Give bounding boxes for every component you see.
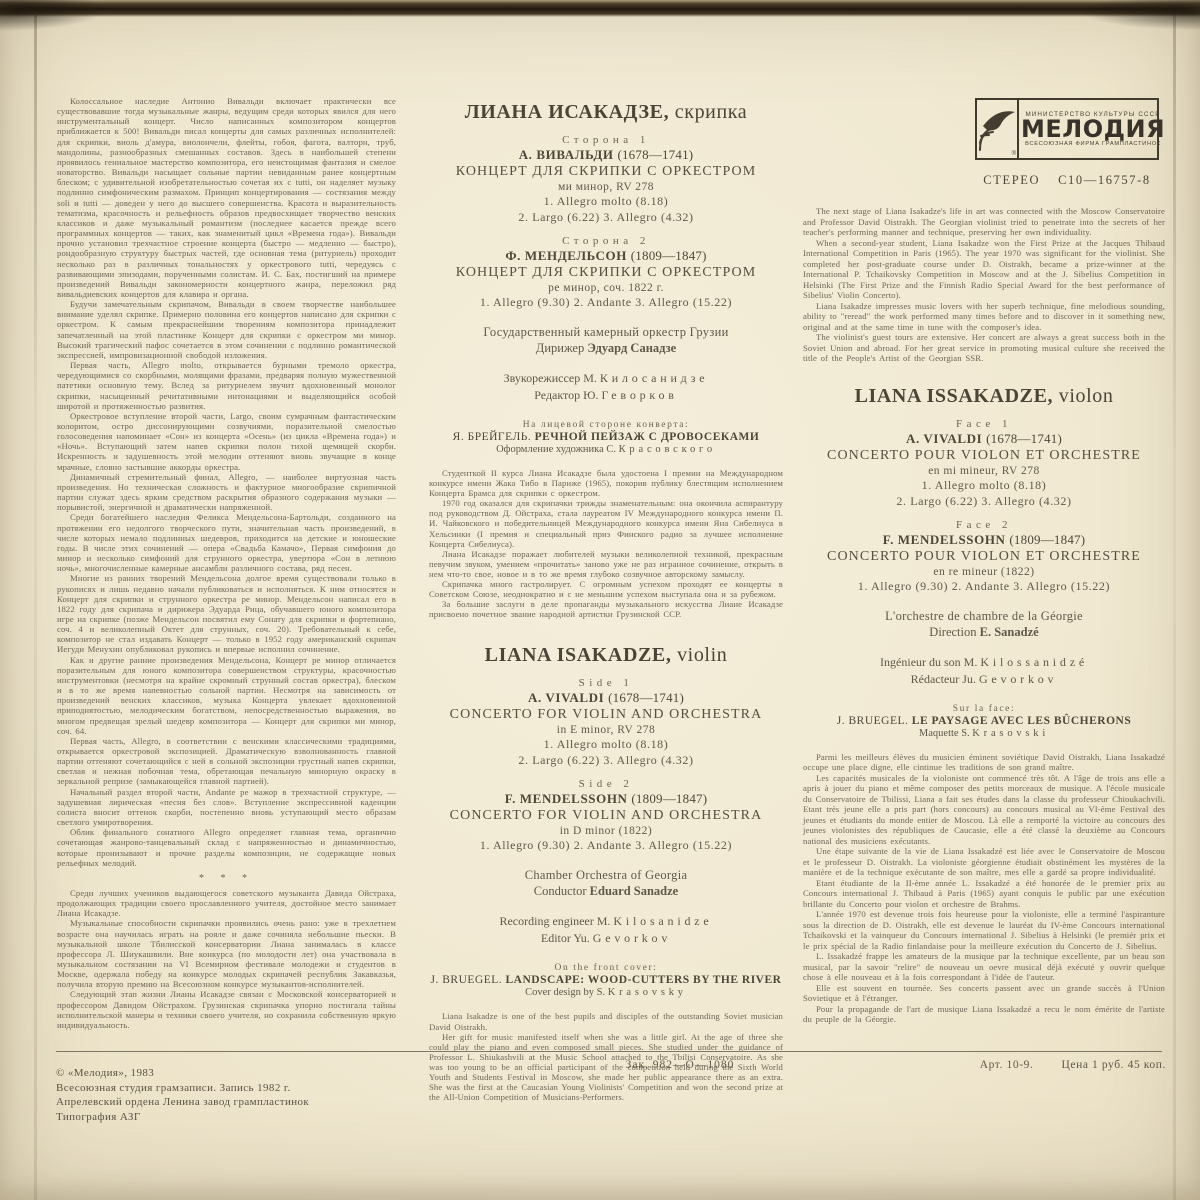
copyright-line: © «Мелодия», 1983 xyxy=(56,1066,309,1081)
artist-name: LIANA ISSAKADZE, xyxy=(855,385,1054,407)
credit-label: Rédacteur Ju. xyxy=(911,672,976,686)
cover-painting-title: РЕЧНОЙ ПЕЙЗАЖ С ДРОВОСЕКАМИ xyxy=(535,431,760,443)
cover-note: Я. БРЕЙГЕЛЬ. РЕЧНОЙ ПЕЙЗАЖ С ДРОВОСЕКАМИ xyxy=(429,431,783,443)
firm-line: ВСЕСОЮЗНАЯ ФИРМА ГРАМПЛАСТИНОК xyxy=(1025,141,1161,147)
conductor-name: E. Sanadzé xyxy=(980,625,1039,639)
credit-name: Красовского xyxy=(619,444,716,455)
credit-name: Геворков xyxy=(601,388,677,402)
bio-paragraph: Музыкальные способности скрипачки прояви… xyxy=(57,918,396,989)
credit-name: Kilossanidzé xyxy=(980,655,1088,669)
artist-instrument: скрипка xyxy=(675,101,748,123)
bio-paragraph: Parmi les meilleurs élèves du musicien é… xyxy=(803,752,1165,773)
credit-label: Оформление художника С. xyxy=(496,444,616,455)
orchestra-line: Государственный камерный оркестр Грузии xyxy=(429,325,783,340)
cover-note-label: На лицевой стороне конверта: xyxy=(429,420,783,430)
cover-note: J. BRUEGEL. LE PAYSAGE AVEC LES BÛCHERON… xyxy=(803,715,1165,727)
side2-label-fr: Face 2 xyxy=(803,519,1165,531)
bio-paragraph: Следующий этап жизни Лианы Исакадзе связ… xyxy=(57,989,396,1030)
movements-line: 2. Largo (6.22) 3. Allegro (4.32) xyxy=(803,494,1165,509)
studio-line: Всесоюзная студия грамзаписи. Запись 198… xyxy=(56,1081,309,1096)
bio-french: Parmi les meilleurs élèves du musicien é… xyxy=(803,752,1165,1025)
conductor-name: Эдуард Санадзе xyxy=(587,341,676,355)
work-title: CONCERTO FOR VIOLIN AND ORCHESTRA xyxy=(429,808,783,824)
work-title: CONCERTO POUR VIOLON ET ORCHESTRE xyxy=(803,549,1165,565)
movements-line: 1. Allegro (9.30) 2. Andante 3. Allegro … xyxy=(803,579,1165,594)
composer-years: (1809—1847) xyxy=(631,791,707,806)
liner-paragraph: Облик финального сонатного Allegro опред… xyxy=(57,827,396,868)
section-separator: * * * xyxy=(57,873,396,884)
design-credit: Maquette S. Krasovski xyxy=(803,728,1165,739)
liner-paragraph: Оркестровое вступление второй части, Lar… xyxy=(57,411,396,472)
bio-paragraph: Une étape suivante de la vie de Liana Is… xyxy=(803,846,1165,878)
footer-divider xyxy=(56,1051,1162,1052)
composer-line: A. VIVALDI (1678—1741) xyxy=(429,690,783,706)
movements-line: 2. Largo (6.22) 3. Allegro (4.32) xyxy=(429,753,783,768)
liner-notes-russian: Колоссальное наследие Антонио Вивальди в… xyxy=(57,96,396,1030)
art-number: Арт. 10-9. xyxy=(980,1059,1034,1071)
movements-line: 1. Allegro molto (8.18) xyxy=(803,478,1165,493)
side1-label-ru: Сторона 1 xyxy=(429,134,783,146)
work-key: en re mineur (1822) xyxy=(803,566,1165,578)
artist-title-russian: ЛИАНА ИСАКАДЗЕ, скрипка xyxy=(429,100,783,124)
credit-name: Krasovsky xyxy=(608,987,687,998)
work-title: CONCERTO POUR VIOLON ET ORCHESTRE xyxy=(803,448,1165,464)
cover-note: J. BRUEGEL. LANDSCAPE: WOOD-CUTTERS BY T… xyxy=(429,974,783,986)
design-credit: Cover design by S. Krasovsky xyxy=(429,987,783,998)
bio-paragraph: Les capacités musicales de la violoniste… xyxy=(803,773,1165,847)
credit-label: Ingénieur du son M. xyxy=(880,655,977,669)
movements-line: 1. Allegro molto (8.18) xyxy=(429,194,783,209)
label-text: МИНИСТЕРСТВО КУЛЬТУРЫ СССР МЕЛОДИЯ ВСЕСО… xyxy=(1019,100,1167,158)
composer-name: Ф. МЕНДЕЛЬСОН xyxy=(505,248,627,263)
bio-english-center: Liana Isakadze is one of the best pupils… xyxy=(429,1011,783,1102)
bio-paragraph: Студенткой II курса Лиана Исакадзе была … xyxy=(429,468,783,498)
orchestra-line: L'orchestre de chambre de la Géorgie xyxy=(803,609,1165,624)
melodiya-emblem-icon: ® xyxy=(977,100,1019,158)
side2-label-ru: Сторона 2 xyxy=(429,235,783,247)
credit-label: Редактор Ю. xyxy=(534,388,598,402)
credit-label: Editor Yu. xyxy=(541,931,590,945)
composer-line: F. MENDELSSOHN (1809—1847) xyxy=(803,532,1165,548)
bio-english-right: The next stage of Liana Isakadze's life … xyxy=(803,206,1165,364)
side1-label-fr: Face 1 xyxy=(803,418,1165,430)
movements-line: 1. Allegro (9.30) 2. Andante 3. Allegro … xyxy=(429,838,783,853)
bio-paragraph: Лиана Исакадзе поражает любителей музыки… xyxy=(429,549,783,579)
artist-name: ЛИАНА ИСАКАДЗЕ, xyxy=(465,101,669,123)
credit-name: Krasovski xyxy=(972,728,1049,739)
composer-name: F. MENDELSSOHN xyxy=(505,791,628,806)
order-number: Зак. 982—О—1080 xyxy=(555,1059,805,1071)
bio-paragraph: When a second-year student, Liana Isakad… xyxy=(803,238,1165,301)
composer-line: А. ВИВАЛЬДИ (1678—1741) xyxy=(429,147,783,163)
side1-label-en: Side 1 xyxy=(429,677,783,689)
art-price-line: Арт. 10-9. Цена 1 руб. 45 коп. xyxy=(900,1059,1166,1071)
composer-years: (1809—1847) xyxy=(1009,532,1085,547)
melodiya-logo: ® МИНИСТЕРСТВО КУЛЬТУРЫ СССР МЕЛОДИЯ ВСЕ… xyxy=(975,98,1159,160)
credit-label: Maquette S. xyxy=(919,728,970,739)
conductor-line: Direction E. Sanadzé xyxy=(803,625,1165,640)
record-back-cover: Колоссальное наследие Антонио Вивальди в… xyxy=(0,0,1200,1200)
work-title: КОНЦЕРТ ДЛЯ СКРИПКИ С ОРКЕСТРОМ xyxy=(429,164,783,180)
cover-artist: J. BRUEGEL. xyxy=(837,715,909,727)
bio-paragraph: Elle est souvent en tournée. Ses concert… xyxy=(803,983,1165,1004)
conductor-label: Conductor xyxy=(534,884,587,898)
credit-name: Gevorkov xyxy=(979,672,1057,686)
sleeve-right-crease xyxy=(1173,0,1176,1200)
bio-paragraph: The next stage of Liana Isakadze's life … xyxy=(803,206,1165,238)
side2-label-en: Side 2 xyxy=(429,778,783,790)
work-key: ми минор, RV 278 xyxy=(429,181,783,193)
editor-credit: Rédacteur Ju. Gevorkov xyxy=(803,672,1165,687)
bio-paragraph: L. Issakadzé frappe les amateurs de la m… xyxy=(803,951,1165,983)
printer-line: Типография АЗГ xyxy=(56,1110,309,1125)
credit-label: Звукорежиссер М. xyxy=(504,371,597,385)
conductor-label: Direction xyxy=(929,625,976,639)
engineer-credit: Звукорежиссер М. Килосанидзе xyxy=(429,371,783,386)
bio-paragraph: Etant étudiante de la II-ème année L. Is… xyxy=(803,878,1165,910)
liner-paragraph: Среди богатейшего наследия Феликса Менде… xyxy=(57,512,396,573)
work-title: CONCERTO FOR VIOLIN AND ORCHESTRA xyxy=(429,707,783,723)
work-key: ре минор, соч. 1822 г. xyxy=(429,282,783,294)
composer-line: Ф. МЕНДЕЛЬСОН (1809—1847) xyxy=(429,248,783,264)
credit-label: Recording engineer M. xyxy=(499,914,610,928)
composer-name: А. ВИВАЛЬДИ xyxy=(519,147,614,162)
movements-line: 1. Allegro (9.30) 2. Andante 3. Allegro … xyxy=(429,295,783,310)
artist-instrument: violin xyxy=(677,644,727,666)
liner-paragraph: Колоссальное наследие Антонио Вивальди в… xyxy=(57,96,396,299)
bio-paragraph: Среди лучших учеников выдающегося советс… xyxy=(57,888,396,918)
artist-name: LIANA ISAKADZE, xyxy=(485,644,672,666)
plant-line: Апрелевский ордена Ленина завод грамплас… xyxy=(56,1095,309,1110)
right-column: ® МИНИСТЕРСТВО КУЛЬТУРЫ СССР МЕЛОДИЯ ВСЕ… xyxy=(803,98,1165,1025)
format-label: СТЕРЕО xyxy=(983,173,1040,188)
bio-paragraph: За большие заслуги в деле пропаганды муз… xyxy=(429,599,783,619)
orchestra-line: Chamber Orchestra of Georgia xyxy=(429,868,783,883)
movements-line: 2. Largo (6.22) 3. Allegro (4.32) xyxy=(429,210,783,225)
artist-title-english: LIANA ISAKADZE, violin xyxy=(429,643,783,667)
work-title: КОНЦЕРТ ДЛЯ СКРИПКИ С ОРКЕСТРОМ xyxy=(429,265,783,281)
catalog-number: С10—16757-8 xyxy=(1058,173,1151,188)
composer-years: (1809—1847) xyxy=(631,248,707,263)
composer-years: (1678—1741) xyxy=(608,690,684,705)
work-key: in E minor, RV 278 xyxy=(429,724,783,736)
work-key: en mi mineur, RV 278 xyxy=(803,465,1165,477)
composer-name: A. VIVALDI xyxy=(528,690,604,705)
credit-label: Cover design by S. xyxy=(525,987,605,998)
cover-note-label: On the front cover: xyxy=(429,963,783,973)
bio-paragraph: 1970 год оказался для скрипачки трижды з… xyxy=(429,498,783,548)
liner-paragraph: Первая часть, Allegro molto, открывается… xyxy=(57,360,396,411)
center-column: ЛИАНА ИСАКАДЗЕ, скрипка Сторона 1 А. ВИВ… xyxy=(429,100,783,1102)
liner-paragraph: Первая часть, Allegro, в соответствии с … xyxy=(57,736,396,787)
liner-paragraph: Как и другие ранние произведения Мендель… xyxy=(57,655,396,736)
bio-paragraph: Pour la propagande de l'art de musique L… xyxy=(803,1004,1165,1025)
credit-name: Kilosanidze xyxy=(613,914,712,928)
liner-paragraph: Динамичный стремительный финал, Allegro,… xyxy=(57,472,396,513)
sleeve-top-edge xyxy=(0,0,1200,17)
composer-name: A. VIVALDI xyxy=(906,431,982,446)
cover-note-label: Sur la face: xyxy=(803,704,1165,714)
composer-line: A. VIVALDI (1678—1741) xyxy=(803,431,1165,447)
conductor-label: Дирижер xyxy=(536,341,584,355)
work-key: in D minor (1822) xyxy=(429,825,783,837)
credit-name: Килосанидзе xyxy=(600,371,708,385)
bio-paragraph: The violinist's guest tours are extensiv… xyxy=(803,332,1165,364)
cover-artist: Я. БРЕЙГЕЛЬ. xyxy=(453,431,532,443)
bio-paragraph: Liana Isakadze is one of the best pupils… xyxy=(429,1011,783,1031)
conductor-name: Eduard Sanadze xyxy=(590,884,679,898)
artist-instrument: violon xyxy=(1059,385,1114,407)
bio-paragraph: L'année 1970 est devenue trois fois heur… xyxy=(803,909,1165,951)
imprint-block: © «Мелодия», 1983 Всесоюзная студия грам… xyxy=(56,1066,309,1124)
catalog-line: СТЕРЕО С10—16757-8 xyxy=(975,173,1159,188)
composer-line: F. MENDELSSOHN (1809—1847) xyxy=(429,791,783,807)
price: Цена 1 руб. 45 коп. xyxy=(1061,1059,1166,1071)
sleeve-left-crease xyxy=(34,0,37,1200)
liner-paragraph: Будучи замечательным скрипачом, Вивальди… xyxy=(57,299,396,360)
engineer-credit: Recording engineer M. Kilosanidze xyxy=(429,914,783,929)
movements-line: 1. Allegro molto (8.18) xyxy=(429,737,783,752)
bio-paragraph: Liana Isakadze impresses music lovers wi… xyxy=(803,301,1165,333)
registered-trademark: ® xyxy=(1012,151,1016,157)
composer-name: F. MENDELSSOHN xyxy=(883,532,1006,547)
conductor-line: Дирижер Эдуард Санадзе xyxy=(429,341,783,356)
artist-title-french: LIANA ISSAKADZE, violon xyxy=(803,384,1165,408)
credit-name: Gevorkov xyxy=(593,931,671,945)
editor-credit: Редактор Ю. Геворков xyxy=(429,388,783,403)
design-credit: Оформление художника С. Красовского xyxy=(429,444,783,455)
brand-wordmark: МЕЛОДИЯ xyxy=(1021,118,1165,141)
liner-paragraph: Начальный раздел второй части, Andante р… xyxy=(57,787,396,828)
cover-painting-title: LE PAYSAGE AVEC LES BÛCHERONS xyxy=(912,715,1131,727)
conductor-line: Conductor Eduard Sanadze xyxy=(429,884,783,899)
bio-paragraph: Скрипачка много гастролирует. С огромным… xyxy=(429,579,783,599)
liner-paragraph: Многие из ранних творений Мендельсона до… xyxy=(57,573,396,654)
bio-russian: Студенткой II курса Лиана Исакадзе была … xyxy=(429,468,783,619)
editor-credit: Editor Yu. Gevorkov xyxy=(429,931,783,946)
cover-painting-title: LANDSCAPE: WOOD-CUTTERS BY THE RIVER xyxy=(506,974,782,986)
label-block: ® МИНИСТЕРСТВО КУЛЬТУРЫ СССР МЕЛОДИЯ ВСЕ… xyxy=(975,98,1159,188)
engineer-credit: Ingénieur du son M. Kilossanidzé xyxy=(803,655,1165,670)
composer-years: (1678—1741) xyxy=(986,431,1062,446)
composer-years: (1678—1741) xyxy=(617,147,693,162)
cover-artist: J. BRUEGEL. xyxy=(431,974,503,986)
